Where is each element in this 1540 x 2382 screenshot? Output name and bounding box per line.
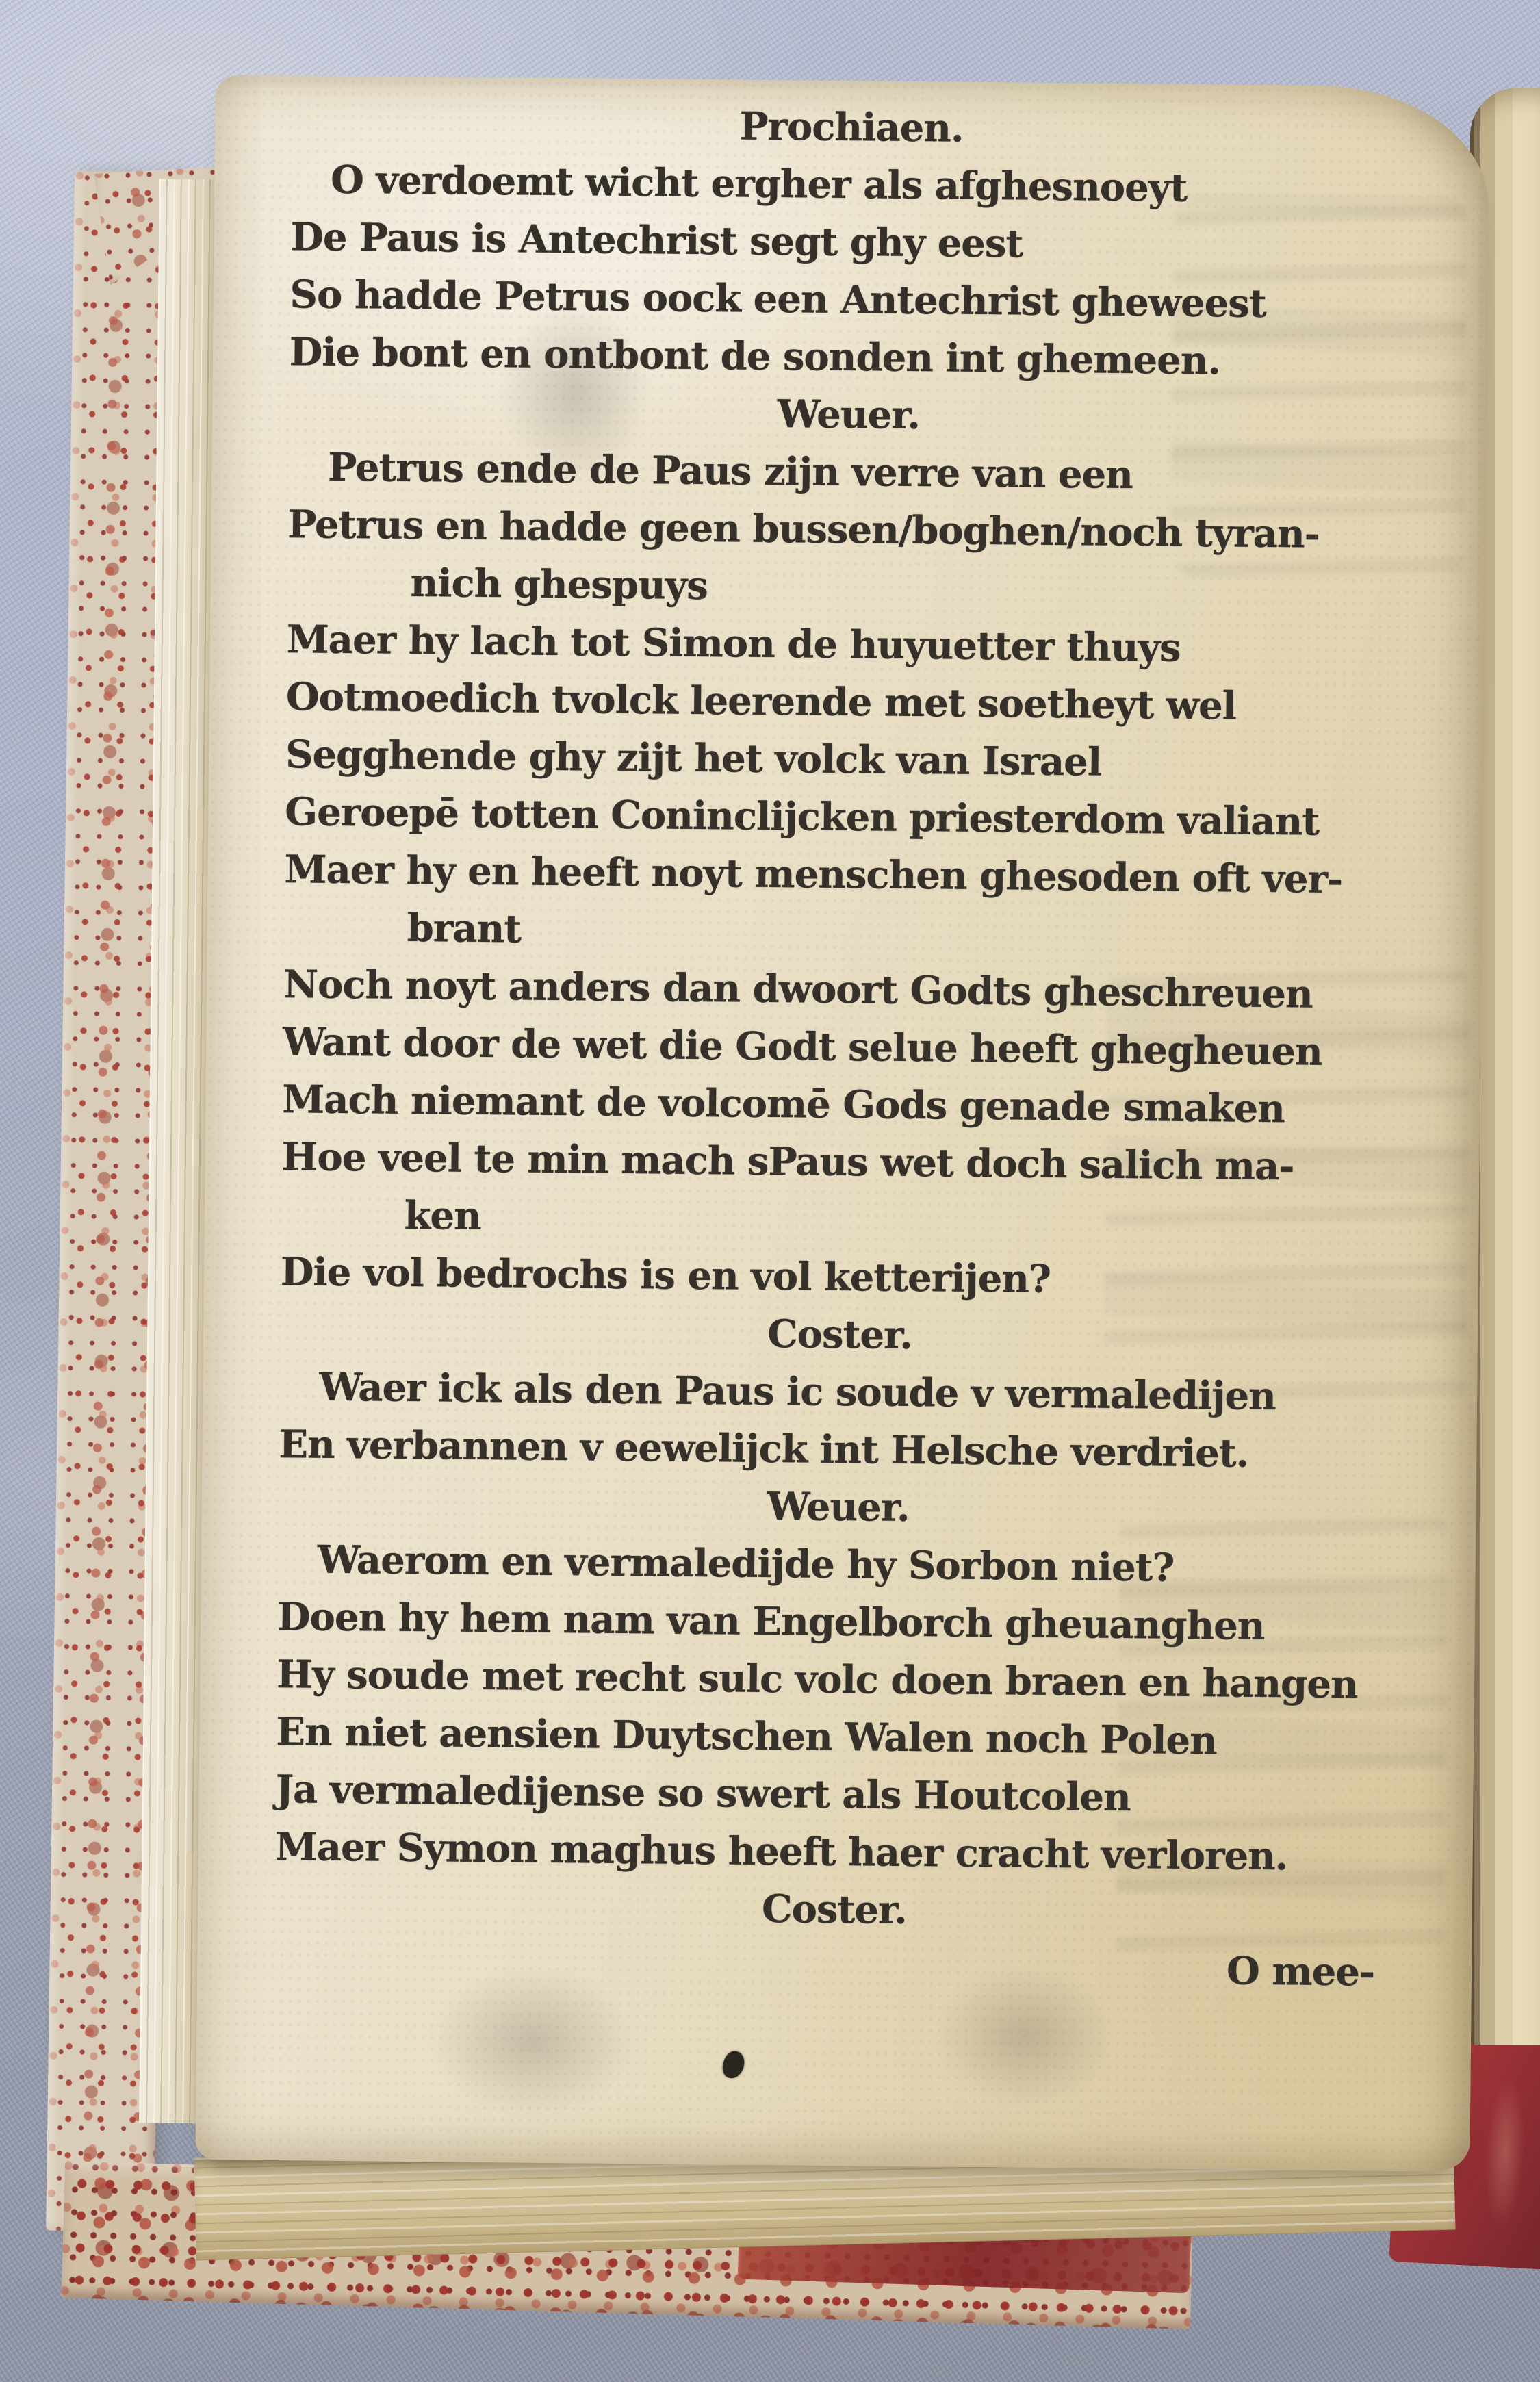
verse-line: En niet aensien Duytschen Walen noch Pol… bbox=[276, 1703, 1396, 1771]
speaker-heading: Coster. bbox=[274, 1875, 1395, 1944]
verse-line: Noch noyt anders dan dwoort Godts ghesch… bbox=[283, 956, 1404, 1024]
verse-line: ken bbox=[281, 1186, 1401, 1254]
verse-line: De Paus is Antechrist segt ghy eest bbox=[290, 208, 1411, 277]
verse-line: Die bont en ontbont de sonden int ghemee… bbox=[289, 323, 1409, 392]
verse-line: Doen hy hem nam van Engelborch gheuanghe… bbox=[277, 1588, 1398, 1656]
verse-line: Mach niemant de volcomē Gods genade smak… bbox=[282, 1071, 1402, 1139]
text-block: Prochiaen. O verdoemt wicht ergher als a… bbox=[274, 93, 1412, 2001]
speaker-heading: Weuer. bbox=[278, 1473, 1398, 1541]
catchword: O mee- bbox=[274, 1933, 1394, 2001]
verse-line: Ootmoedich tvolck leerende met soetheyt … bbox=[286, 668, 1407, 737]
speaker-heading: Coster. bbox=[280, 1301, 1400, 1369]
verse-line: Die vol bedrochs is en vol ketterijen? bbox=[280, 1243, 1400, 1311]
verse-line: nich ghespuys bbox=[287, 553, 1407, 622]
verse-line: Petrus en hadde geen bussen/boghen/noch … bbox=[287, 496, 1408, 564]
verse-line: Maer hy lach tot Simon de huyuetter thuy… bbox=[286, 611, 1407, 679]
verse-line: Maer hy en heeft noyt menschen ghesoden … bbox=[284, 841, 1404, 909]
verse-line: brant bbox=[283, 898, 1404, 966]
verse-line: O verdoemt wicht ergher als afghesnoeyt bbox=[291, 151, 1411, 219]
running-title: Prochiaen. bbox=[292, 93, 1412, 162]
verse-line: Petrus ende de Paus zijn verre van een bbox=[288, 438, 1409, 507]
verse-line: Ja vermaledijense so swert als Houtcolen bbox=[275, 1760, 1396, 1829]
verse-line: Hy soude met recht sulc volc doen braen … bbox=[277, 1645, 1397, 1714]
book-page: Prochiaen. O verdoemt wicht ergher als a… bbox=[195, 75, 1489, 2172]
verse-line: So hadde Petrus oock een Antechrist ghew… bbox=[290, 266, 1410, 334]
verse-line: Hoe veel te min mach sPaus wet doch sali… bbox=[281, 1128, 1402, 1196]
verse-line: Waer ick als den Paus ic soude v vermale… bbox=[279, 1358, 1400, 1426]
verse-line: Segghende ghy zijt het volck van Israel bbox=[285, 726, 1406, 794]
verse-line: Waerom en vermaledijde hy Sorbon niet? bbox=[277, 1531, 1398, 1599]
speaker-heading: Weuer. bbox=[289, 381, 1409, 449]
verse-line: Want door de wet die Godt selue heeft gh… bbox=[283, 1013, 1403, 1081]
verse-line: Geroepē totten Coninclijcken priesterdom… bbox=[285, 783, 1405, 851]
ink-spot bbox=[720, 2049, 747, 2080]
verse-line: En verbannen v eewelijck int Helsche ver… bbox=[279, 1416, 1399, 1484]
verse-lines: O verdoemt wicht ergher als afghesnoeytD… bbox=[274, 151, 1411, 1944]
book-photo: Prochiaen. O verdoemt wicht ergher als a… bbox=[0, 0, 1540, 2382]
verse-line: Maer Symon maghus heeft haer cracht verl… bbox=[274, 1818, 1395, 1886]
